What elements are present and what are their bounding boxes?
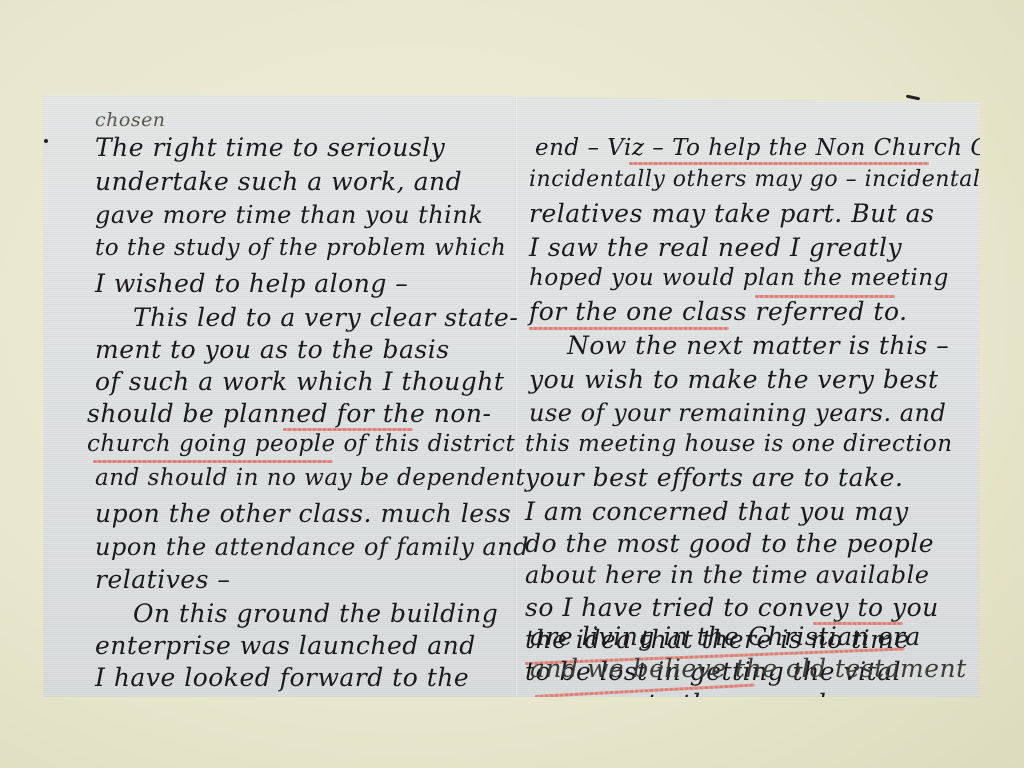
text-line: incidentally others may go – incidentall…: [529, 167, 1001, 192]
text-line: are living in the Christian era: [530, 622, 921, 651]
text-line: so I have tried to convey to you: [525, 593, 939, 622]
text-line: your best efforts are to take.: [525, 463, 903, 492]
text-line: for the one class referred to.: [529, 297, 908, 326]
text-line: enterprise was launched and: [95, 631, 476, 660]
text-line: ment to you as to the basis: [95, 335, 450, 364]
text-line: church going people of this district: [87, 431, 515, 457]
text-line: hoped you would plan the meeting: [529, 265, 949, 291]
text-line: On this ground the building: [133, 599, 498, 628]
text-line: end – Viz – To help the Non Church Goer.: [535, 135, 1024, 161]
text-line: message to them – and as we: [525, 689, 909, 718]
red-underline: [93, 460, 333, 463]
text-line: and we believe the old testament: [530, 654, 967, 683]
text-line: relatives may take part. But as: [529, 199, 934, 228]
text-line: gave more time than you think: [95, 201, 483, 229]
text-line: of such a work which I thought: [95, 367, 504, 396]
letter-sheet: chosen The right time to seriously under…: [43, 95, 980, 697]
ink-mark: [906, 95, 920, 101]
text-line: use of your remaining years. and: [529, 399, 946, 427]
text-line: and should in no way be dependent: [95, 465, 525, 491]
text-line: I am concerned that you may: [525, 497, 909, 526]
text-line: I have looked forward to the: [95, 663, 469, 692]
text-line: chosen: [95, 109, 166, 131]
text-line: I wished to help along –: [95, 269, 408, 298]
text-line: do the most good to the people: [525, 529, 934, 558]
ink-mark: [44, 139, 48, 143]
right-page: end – Viz – To help the Non Church Goer.…: [517, 95, 980, 697]
text-line: should be planned for the non-: [87, 399, 491, 428]
text-line: to the study of the problem which: [95, 235, 506, 261]
text-line: about here in the time available: [525, 561, 930, 589]
left-page: chosen The right time to seriously under…: [43, 95, 515, 697]
red-underline: [629, 162, 929, 165]
text-line: undertake such a work, and: [95, 167, 462, 196]
text-line: upon the attendance of family and: [95, 533, 529, 561]
text-line: relatives –: [95, 565, 230, 594]
text-line: real work being planned to this: [87, 695, 500, 724]
text-line: upon the other class. much less: [95, 499, 511, 528]
text-line: The right time to seriously: [95, 133, 445, 162]
text-line: I saw the real need I greatly: [529, 233, 902, 262]
text-line: This led to a very clear state-: [133, 303, 518, 332]
text-line: you wish to make the very best: [529, 365, 939, 394]
red-underline: [529, 327, 729, 330]
text-line: Now the next matter is this –: [567, 331, 949, 360]
text-line: this meeting house is one direction: [525, 431, 953, 457]
